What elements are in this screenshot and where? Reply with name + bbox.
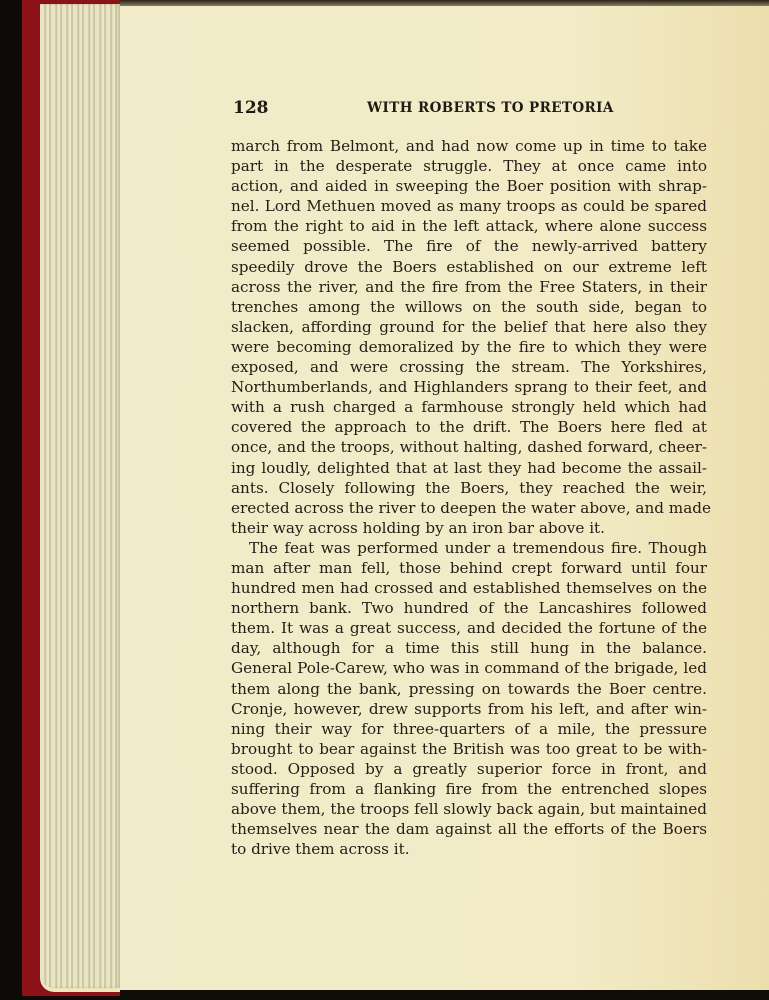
text-line: stood. Opposed by a greatly superior for…	[231, 759, 707, 779]
text-line: day, although for a time this still hung…	[231, 638, 707, 658]
page-header: 128 WITH ROBERTS TO PRETORIA	[233, 98, 703, 120]
text-line: seemed possible. The fire of the newly-a…	[231, 236, 707, 256]
text-line: erected across the river to deepen the w…	[231, 498, 707, 518]
text-line: were becoming demoralized by the fire to…	[231, 337, 707, 357]
text-line: man after man fell, those behind crept f…	[231, 558, 707, 578]
text-line: ants. Closely following the Boers, they …	[231, 478, 707, 498]
text-line: ing loudly, delighted that at last they …	[231, 458, 707, 478]
text-line: from the right to aid in the left attack…	[231, 216, 707, 236]
bottom-shadow	[120, 990, 769, 1000]
text-line: suffering from a flanking fire from the …	[231, 779, 707, 799]
top-shadow	[120, 0, 769, 6]
page-edges	[40, 4, 120, 988]
body-text: march from Belmont, and had now come up …	[231, 136, 707, 859]
text-line: across the river, and the fire from the …	[231, 277, 707, 297]
text-line: speedily drove the Boers established on …	[231, 257, 707, 277]
text-line: once, and the troops, without halting, d…	[231, 437, 707, 457]
paragraph-2: The feat was performed under a tremendou…	[231, 538, 707, 860]
text-line: exposed, and were crossing the stream. T…	[231, 357, 707, 377]
text-line: nel. Lord Methuen moved as many troops a…	[231, 196, 707, 216]
text-line: northern bank. Two hundred of the Lancas…	[231, 598, 707, 618]
text-line: action, and aided in sweeping the Boer p…	[231, 176, 707, 196]
text-line: part in the desperate struggle. They at …	[231, 156, 707, 176]
text-line: trenches among the willows on the south …	[231, 297, 707, 317]
paragraph-1: march from Belmont, and had now come up …	[231, 136, 707, 538]
text-line: their way across holding by an iron bar …	[231, 518, 707, 538]
page-number: 128	[233, 98, 269, 118]
text-line: Northumberlands, and Highlanders sprang …	[231, 377, 707, 397]
text-line: Cronje, however, drew supports from his …	[231, 699, 707, 719]
text-line: General Pole-Carew, who was in command o…	[231, 658, 707, 678]
text-line: march from Belmont, and had now come up …	[231, 136, 707, 156]
text-line: ning their way for three-quarters of a m…	[231, 719, 707, 739]
text-line: with a rush charged a farmhouse strongly…	[231, 397, 707, 417]
text-line: above them, the troops fell slowly back …	[231, 799, 707, 819]
text-line: The feat was performed under a tremendou…	[231, 538, 707, 558]
text-line: slacken, affording ground for the belief…	[231, 317, 707, 337]
text-line: themselves near the dam against all the …	[231, 819, 707, 839]
text-line: them along the bank, pressing on towards…	[231, 679, 707, 699]
text-line: covered the approach to the drift. The B…	[231, 417, 707, 437]
text-line: to drive them across it.	[231, 839, 707, 859]
text-line: brought to bear against the British was …	[231, 739, 707, 759]
text-line: them. It was a great success, and decide…	[231, 618, 707, 638]
text-line: hundred men had crossed and established …	[231, 578, 707, 598]
running-title: WITH ROBERTS TO PRETORIA	[367, 100, 614, 116]
